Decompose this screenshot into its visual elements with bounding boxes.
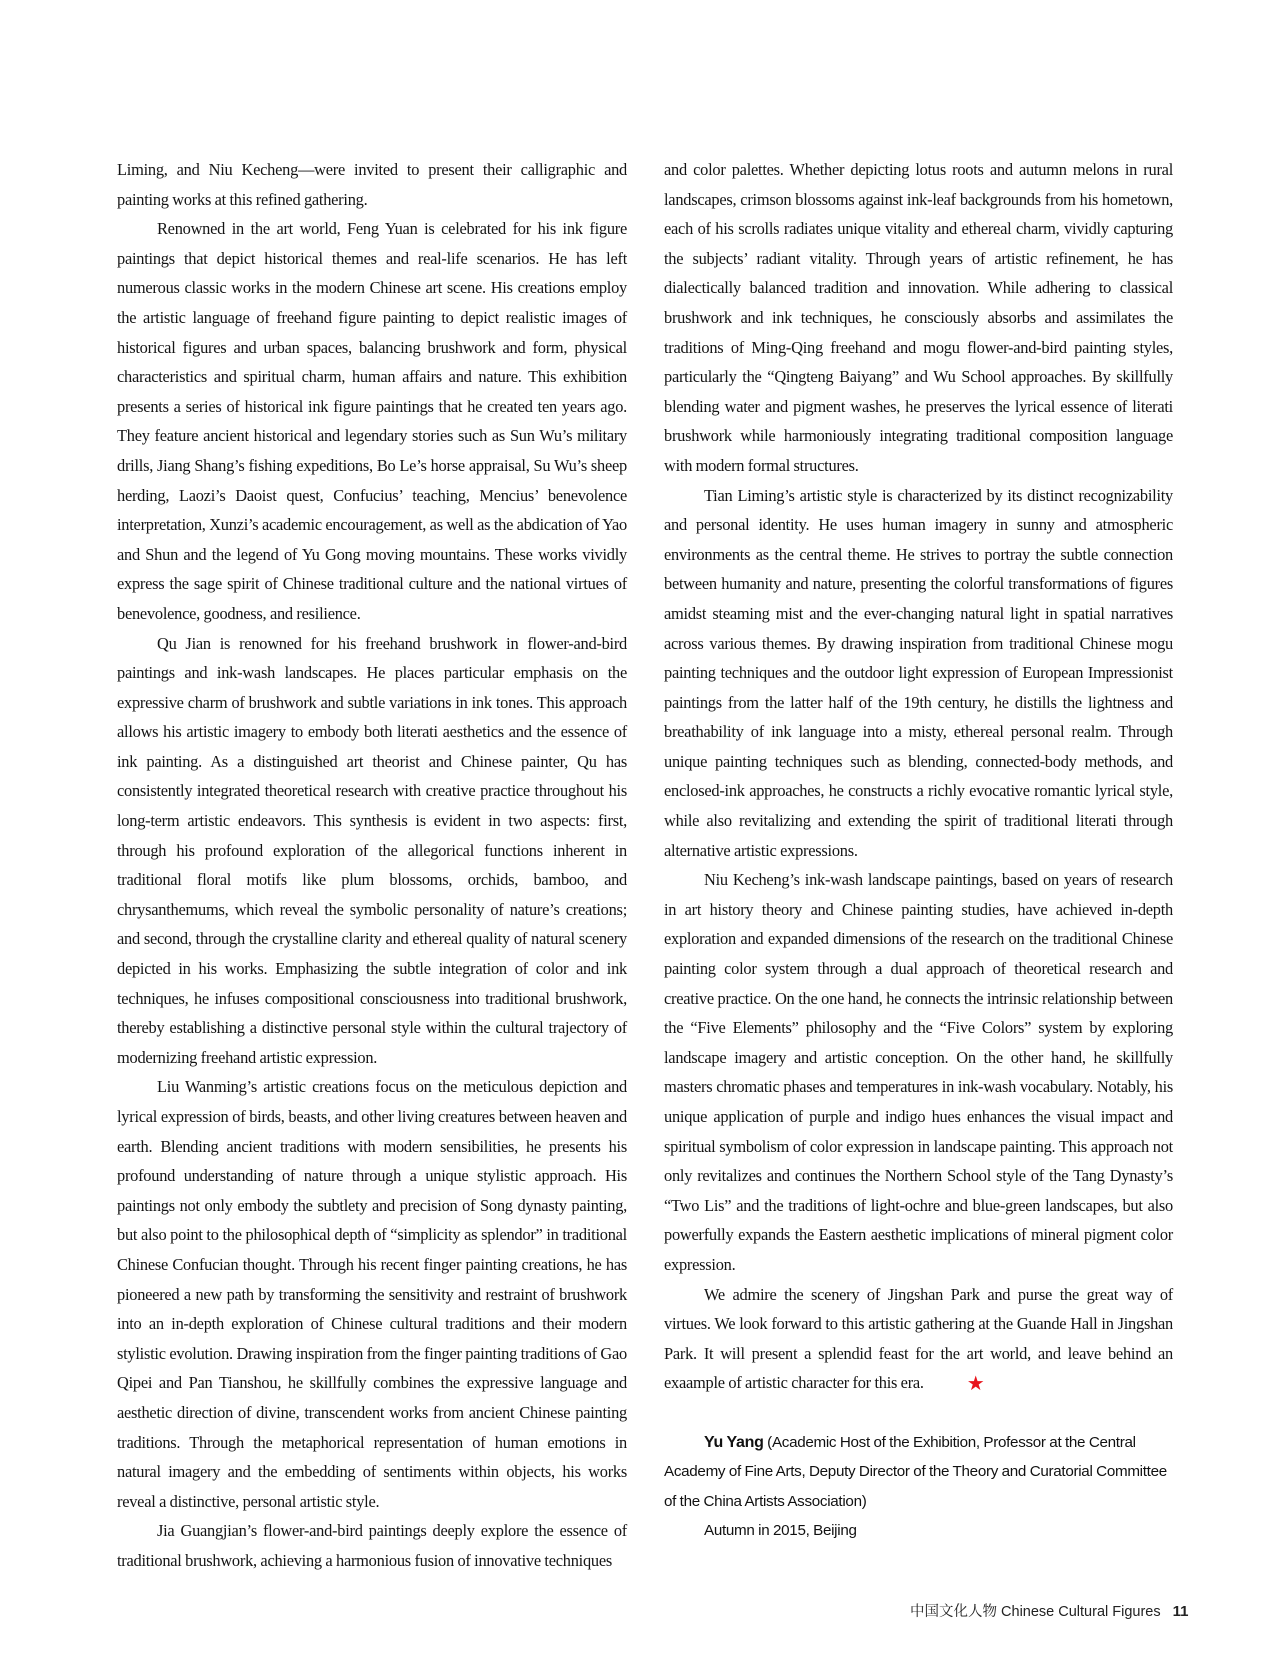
author-signature: Yu Yang (Academic Host of the Exhibition…	[664, 1428, 1173, 1546]
paragraph-liu-wanming: Liu Wanming’s artistic creations focus o…	[117, 1072, 627, 1516]
page-number: 11	[1173, 1603, 1189, 1620]
paragraph-qu-jian: Qu Jian is renowned for his freehand bru…	[117, 629, 627, 1073]
right-column: and color palettes. Whether depicting lo…	[664, 155, 1173, 1546]
paragraph-jia-guangjian: Jia Guangjian’s flower-and-bird painting…	[117, 1516, 627, 1575]
paragraph-intro-continuation: Liming, and Niu Kecheng—were invited to …	[117, 155, 627, 214]
publication-name-cn: 中国文化人物	[910, 1604, 997, 1620]
paragraph-feng-yuan: Renowned in the art world, Feng Yuan is …	[117, 214, 627, 628]
paragraph-niu-kecheng: Niu Kecheng’s ink-wash landscape paintin…	[664, 865, 1173, 1279]
author-name: Yu Yang	[704, 1434, 764, 1451]
closing-text: We admire the scenery of Jingshan Park a…	[664, 1285, 1173, 1393]
paragraph-closing: We admire the scenery of Jingshan Park a…	[664, 1280, 1173, 1398]
publication-name-en: Chinese Cultural Figures	[1001, 1604, 1161, 1620]
page-footer: 中国文化人物 Chinese Cultural Figures 11	[910, 1600, 1189, 1621]
paragraph-jia-guangjian-continuation: and color palettes. Whether depicting lo…	[664, 155, 1173, 481]
signature-credit: Yu Yang (Academic Host of the Exhibition…	[664, 1428, 1173, 1517]
left-column: Liming, and Niu Kecheng—were invited to …	[117, 155, 627, 1576]
signature-date-place: Autumn in 2015, Beijing	[664, 1516, 1173, 1546]
magazine-page: Liming, and Niu Kecheng—were invited to …	[0, 0, 1270, 1654]
paragraph-tian-liming: Tian Liming’s artistic style is characte…	[664, 481, 1173, 866]
red-star-end-mark-icon: ★	[927, 1376, 985, 1392]
